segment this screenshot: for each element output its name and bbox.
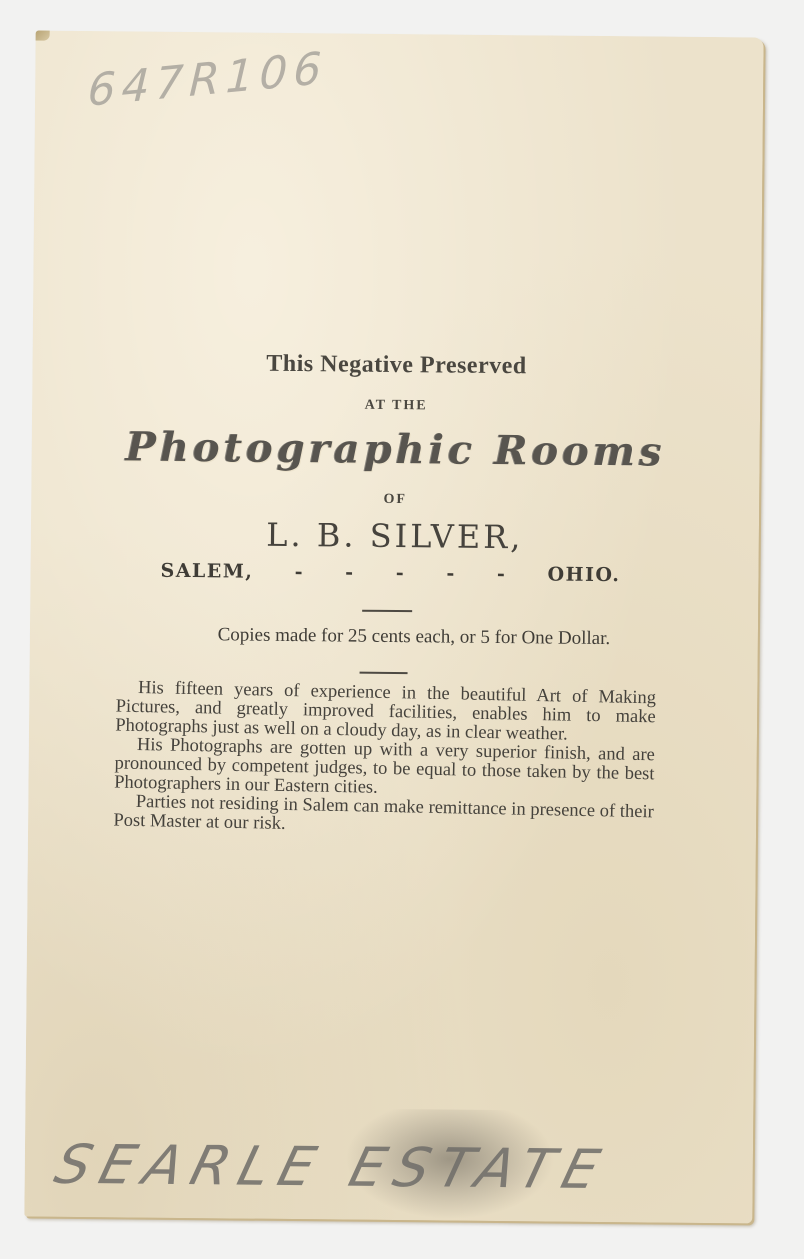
divider-rule (360, 672, 408, 674)
dash: - (396, 562, 406, 584)
dash: - (345, 562, 355, 584)
photographer-name: L. B. SILVER, (31, 514, 759, 559)
dash: - (497, 563, 507, 585)
header-line-negative-preserved: This Negative Preserved (32, 349, 760, 383)
dash: - (295, 561, 305, 583)
header-line-at-the: AT THE (32, 395, 760, 418)
advertisement-text: His fifteen years of experience in the b… (113, 679, 656, 842)
handwritten-catalog-number: 647R106 (87, 43, 329, 117)
header-photographic-rooms: Photographic Rooms (31, 423, 759, 477)
pricing-line: Copies made for 25 cents each, or 5 for … (30, 623, 778, 652)
state: OHIO. (547, 563, 620, 586)
paragraph-remittance: Parties not residing in Salem can make r… (113, 792, 654, 841)
handwritten-estate-label: SEARLE ESTATE (49, 1133, 616, 1201)
worn-corner (36, 31, 50, 41)
header-line-of: OF (31, 489, 759, 512)
photograph-card-back: 647R106 This Negative Preserved AT THE P… (24, 31, 763, 1224)
dash: - (446, 563, 456, 585)
location-line: SALEM, - - - - - OHIO. (160, 560, 620, 586)
city: SALEM, (160, 560, 253, 583)
divider-rule (362, 610, 412, 612)
